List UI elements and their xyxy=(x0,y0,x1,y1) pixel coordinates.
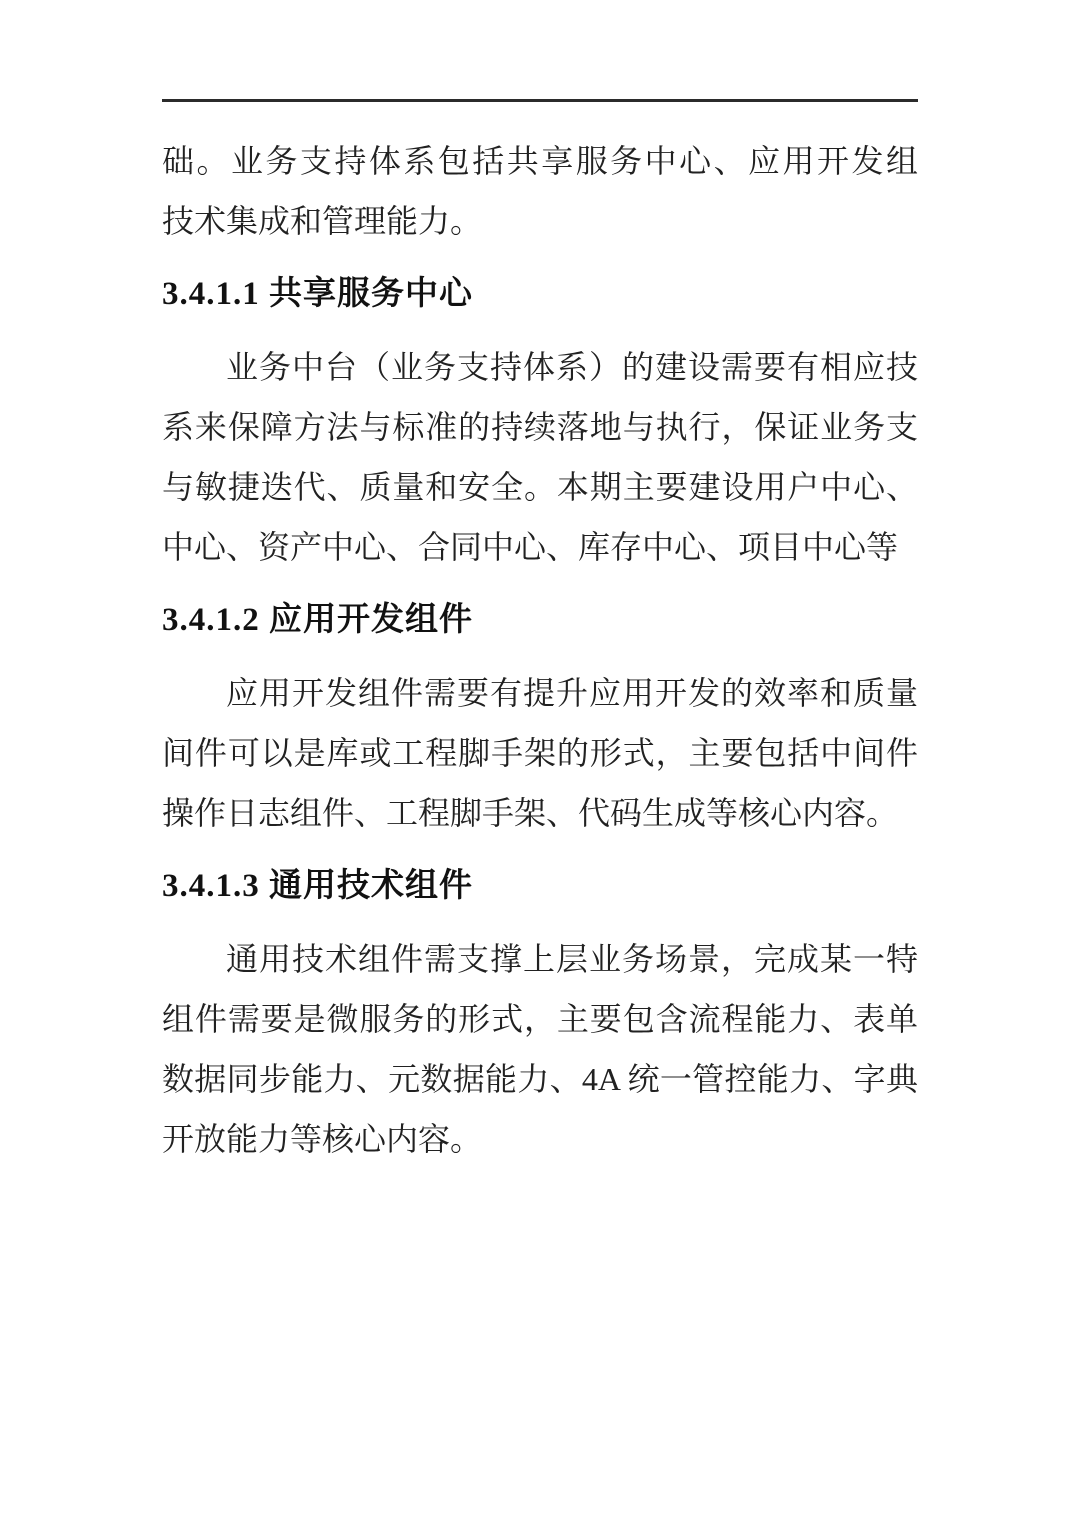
header-divider-rule xyxy=(162,99,918,102)
heading-text: 3.4.1.2 应用开发组件 xyxy=(162,590,918,650)
continuation-paragraph: 础。业务支持体系包括共享服务中心、应用开发组件、通用技术组件、 技术集成和管理能… xyxy=(162,131,918,251)
paragraph-line: 应用开发组件需要有提升应用开发的效率和质量的中间件，该中 xyxy=(162,663,918,723)
paragraph-line: 系来保障方法与标准的持续落地与执行，保证业务支持体系建设快速 xyxy=(162,397,918,457)
document-page: 础。业务支持体系包括共享服务中心、应用开发组件、通用技术组件、 技术集成和管理能… xyxy=(0,0,1080,1528)
heading-text: 3.4.1.3 通用技术组件 xyxy=(162,856,918,916)
paragraph-line: 开放能力等核心内容。 xyxy=(162,1109,918,1169)
paragraph-line: 技术集成和管理能力。 xyxy=(162,191,918,251)
section-heading-3-4-1-1: 3.4.1.1 共享服务中心 xyxy=(162,264,918,324)
paragraph-line: 业务中台（业务支持体系）的建设需要有相应技术产品和技术体 xyxy=(162,337,918,397)
paragraph-line: 组件需要是微服务的形式，主要包含流程能力、表单能力、消息能力、 xyxy=(162,989,918,1049)
section-heading-3-4-1-2: 3.4.1.2 应用开发组件 xyxy=(162,590,918,650)
paragraph-line: 数据同步能力、元数据能力、4A 统一管控能力、字典维护能力、数据 xyxy=(162,1049,918,1109)
paragraph-line: 础。业务支持体系包括共享服务中心、应用开发组件、通用技术组件、 xyxy=(162,131,918,191)
paragraph-line: 通用技术组件需支撑上层业务场景，完成某一特定功能。该技术 xyxy=(162,929,918,989)
section-paragraph-3-4-1-3: 通用技术组件需支撑上层业务场景，完成某一特定功能。该技术 组件需要是微服务的形式… xyxy=(162,929,918,1169)
page-content: 础。业务支持体系包括共享服务中心、应用开发组件、通用技术组件、 技术集成和管理能… xyxy=(162,0,918,1169)
paragraph-line: 操作日志组件、工程脚手架、代码生成等核心内容。 xyxy=(162,783,918,843)
section-heading-3-4-1-3: 3.4.1.3 通用技术组件 xyxy=(162,856,918,916)
paragraph-line: 间件可以是库或工程脚手架的形式，主要包括中间件最佳实践封装、 xyxy=(162,723,918,783)
paragraph-line: 中心、资产中心、合同中心、库存中心、项目中心等核心内容。 xyxy=(162,517,918,577)
section-paragraph-3-4-1-2: 应用开发组件需要有提升应用开发的效率和质量的中间件，该中 间件可以是库或工程脚手… xyxy=(162,663,918,843)
heading-text: 3.4.1.1 共享服务中心 xyxy=(162,264,918,324)
paragraph-line: 与敏捷迭代、质量和安全。本期主要建设用户中心、预算中心、结算 xyxy=(162,457,918,517)
section-paragraph-3-4-1-1: 业务中台（业务支持体系）的建设需要有相应技术产品和技术体 系来保障方法与标准的持… xyxy=(162,337,918,577)
